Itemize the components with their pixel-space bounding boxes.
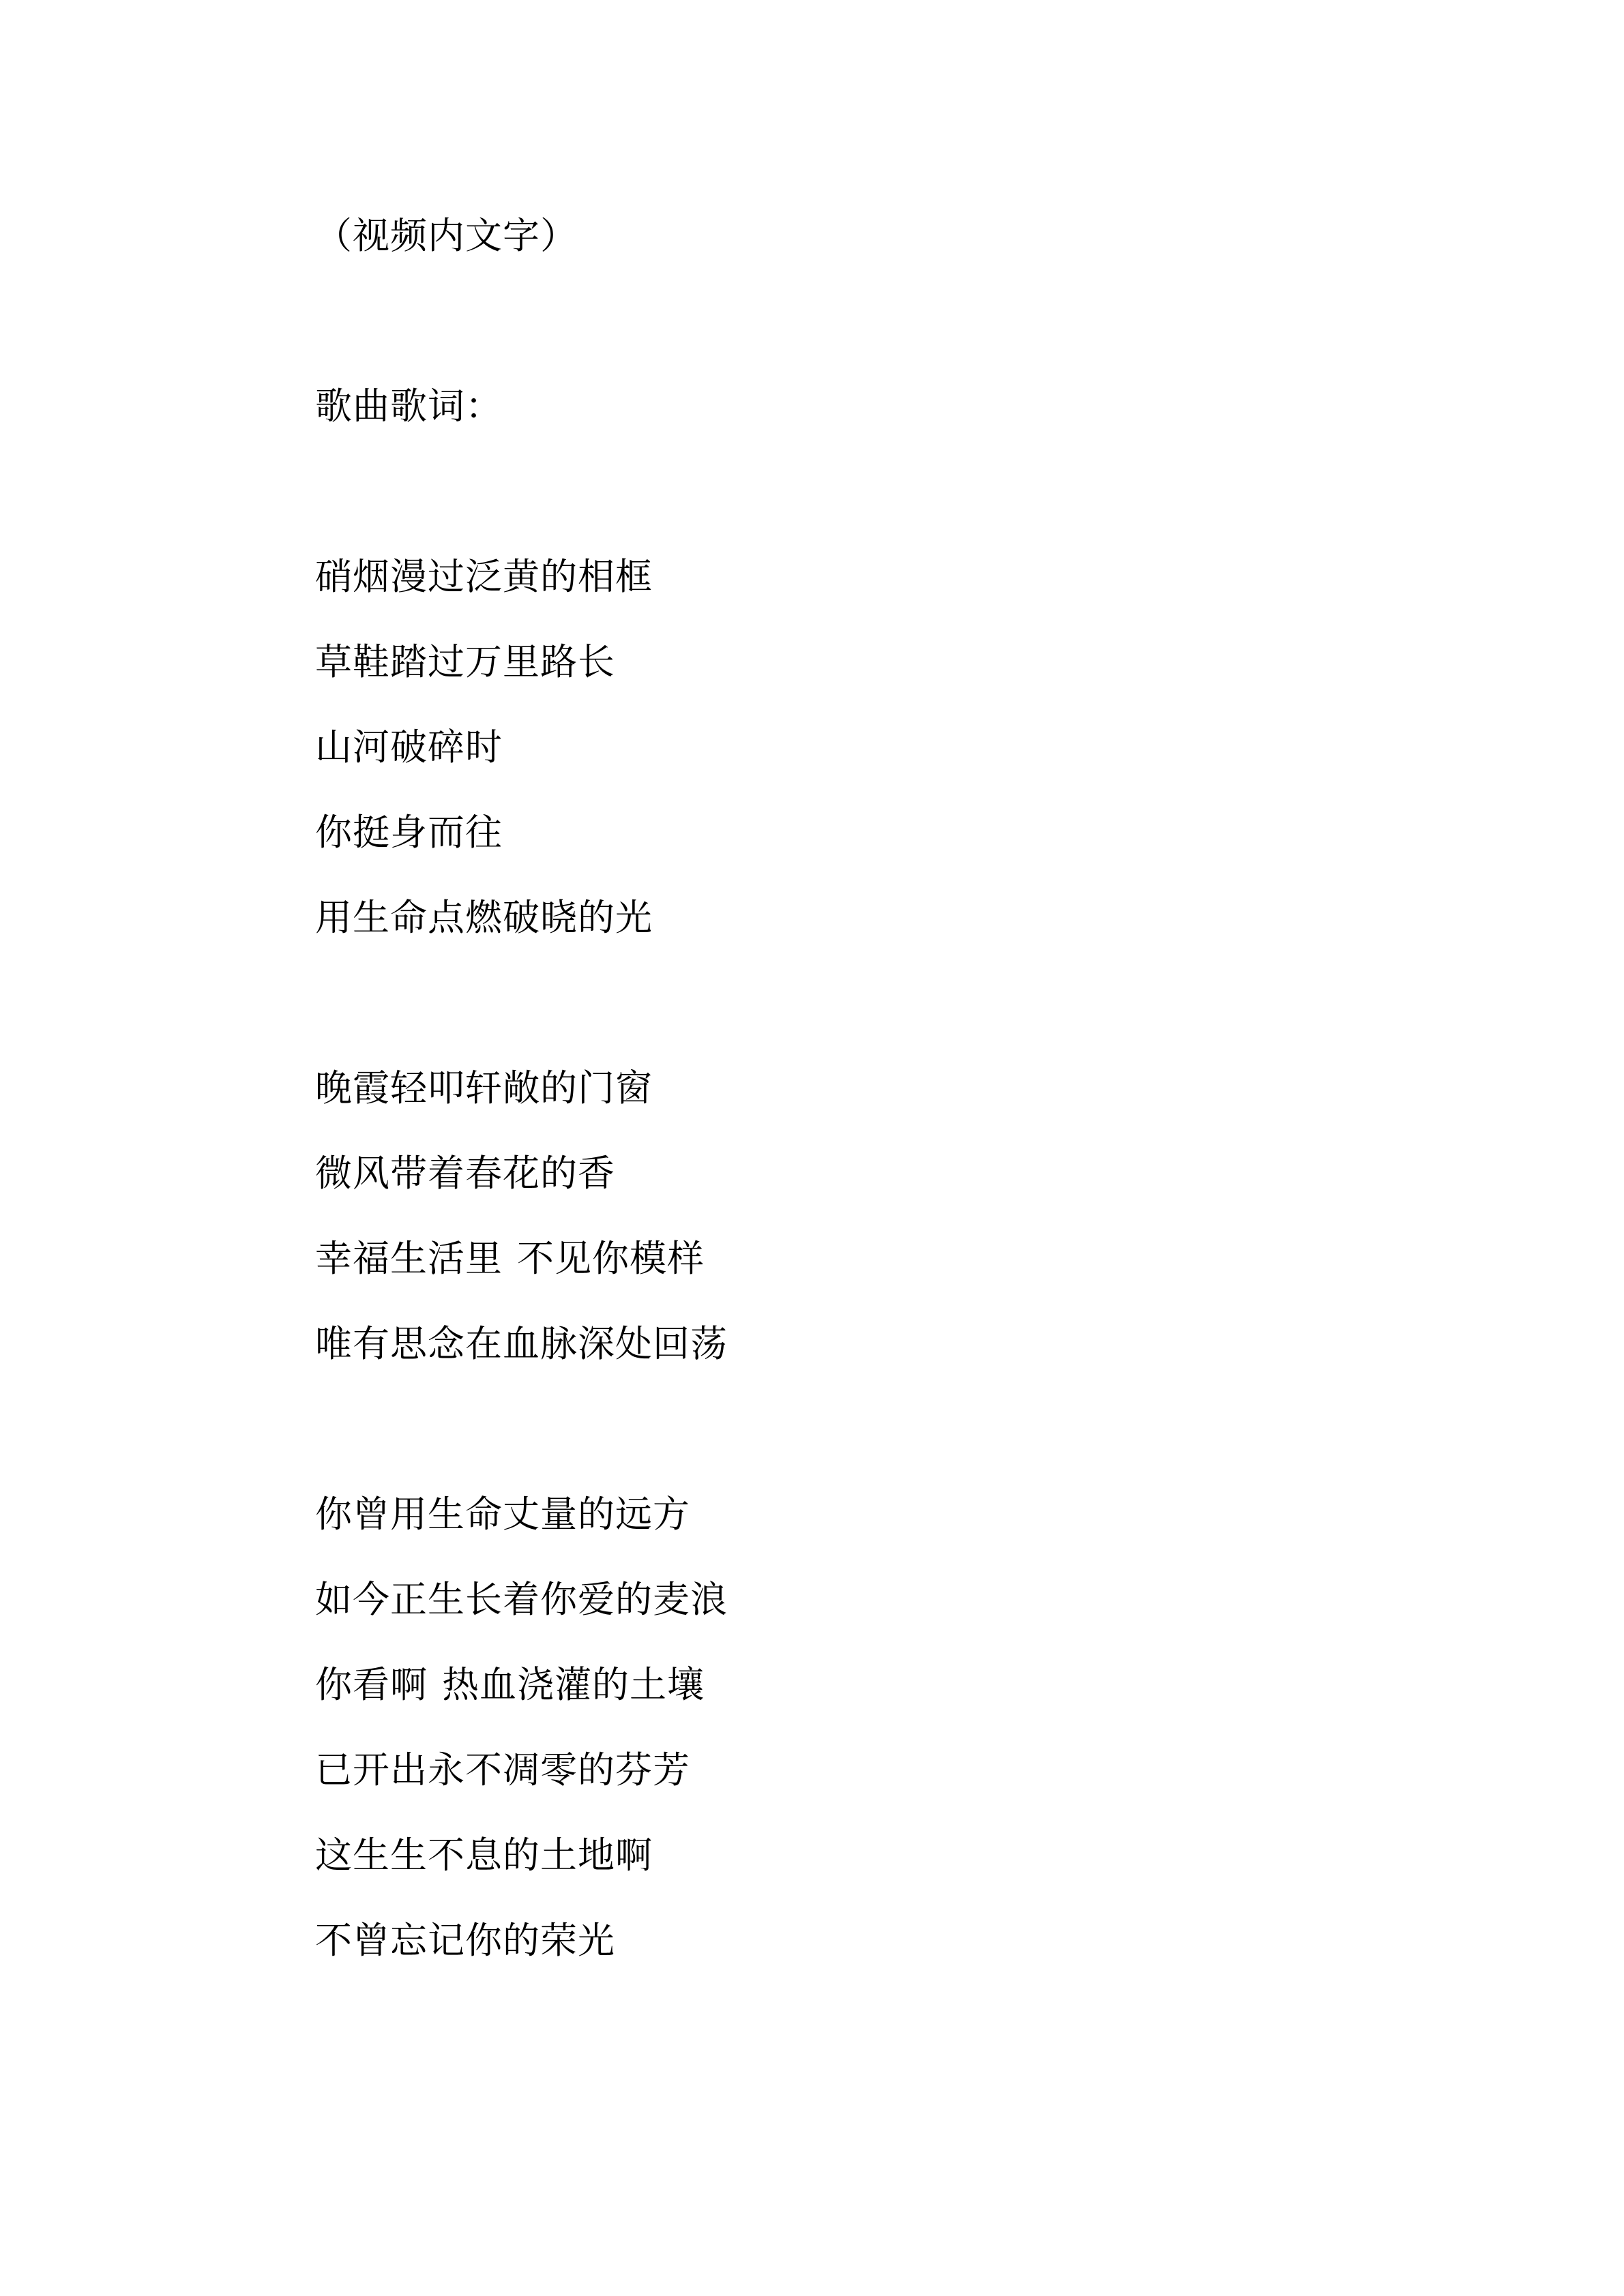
lyric-line: 不曾忘记你的荣光: [315, 1898, 1569, 1984]
lyric-line: 唯有思念在血脉深处回荡: [315, 1302, 1569, 1387]
lyrics-stanza-2: 晚霞轻叩轩敞的门窗 微风带着春花的香 幸福生活里 不见你模样 唯有思念在血脉深处…: [315, 1046, 1569, 1387]
lyric-line: 你曾用生命丈量的远方: [315, 1472, 1569, 1557]
lyric-line: 幸福生活里 不见你模样: [315, 1217, 1569, 1302]
document-content: （视频内文字） 歌曲歌词： 硝烟漫过泛黄的相框 草鞋踏过万里路长 山河破碎时 你…: [0, 0, 1624, 1984]
lyrics-stanza-3: 你曾用生命丈量的远方 如今正生长着你爱的麦浪 你看啊 热血浇灌的土壤 已开出永不…: [315, 1472, 1569, 1984]
lyrics-stanza-1: 硝烟漫过泛黄的相框 草鞋踏过万里路长 山河破碎时 你挺身而往 用生命点燃破晓的光: [315, 535, 1569, 961]
lyric-line: 已开出永不凋零的芬芳: [315, 1728, 1569, 1813]
video-text-annotation: （视频内文字）: [315, 194, 1569, 279]
blank-line: [315, 1387, 1569, 1472]
lyric-line: 微风带着春花的香: [315, 1131, 1569, 1217]
lyric-line: 晚霞轻叩轩敞的门窗: [315, 1046, 1569, 1131]
lyric-line: 这生生不息的土地啊: [315, 1813, 1569, 1898]
lyric-line: 你看啊 热血浇灌的土壤: [315, 1643, 1569, 1728]
section-title: 歌曲歌词：: [315, 364, 1569, 449]
blank-line: [315, 279, 1569, 364]
blank-line: [315, 449, 1569, 535]
lyric-line: 硝烟漫过泛黄的相框: [315, 535, 1569, 620]
document-page: （视频内文字） 歌曲歌词： 硝烟漫过泛黄的相框 草鞋踏过万里路长 山河破碎时 你…: [0, 0, 1624, 2296]
lyric-line: 你挺身而往: [315, 790, 1569, 876]
lyric-line: 草鞋踏过万里路长: [315, 620, 1569, 705]
lyric-line: 山河破碎时: [315, 705, 1569, 790]
lyric-line: 如今正生长着你爱的麦浪: [315, 1557, 1569, 1643]
lyric-line: 用生命点燃破晓的光: [315, 876, 1569, 961]
blank-line: [315, 961, 1569, 1046]
